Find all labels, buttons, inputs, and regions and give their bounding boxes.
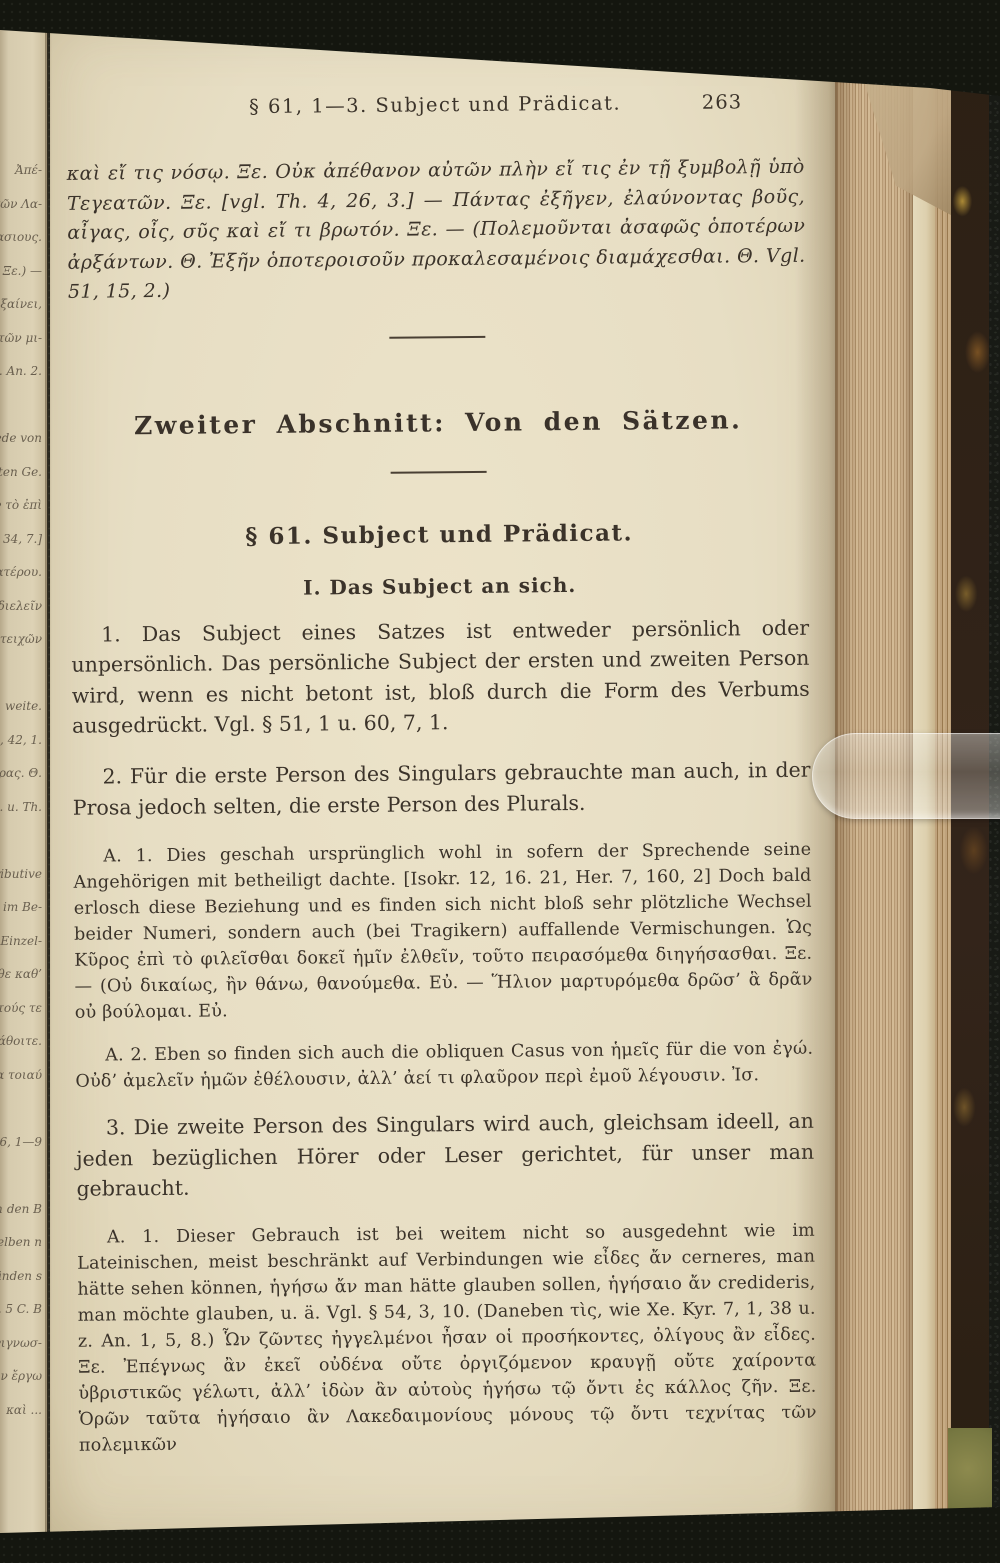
section-divider-rule (389, 335, 485, 338)
page-number: 263 (702, 90, 742, 113)
previous-page-edge: Ἀπέ- τῶν Λα- ασιους. r. Ξε.) — ξαίνει, τ… (0, 26, 47, 1538)
paragraph-3: 3. Die zweite Person des Singulars wird … (76, 1106, 815, 1205)
heading-divider-rule (391, 470, 487, 473)
paragraph-2: 2. Für die erste Person des Singulars ge… (72, 755, 811, 823)
transparent-page-holder (812, 733, 1000, 819)
note-a2: A. 2. Eben so finden sich auch die obliq… (75, 1036, 813, 1095)
subsection-heading: I. Das Subject an sich. (71, 570, 809, 601)
section-heading: Zweiter Abschnitt: Von den Sätzen. (69, 404, 807, 440)
paragraph-1: 1. Das Subject eines Satzes ist entweder… (71, 612, 810, 741)
previous-page-text-fragments: Ἀπέ- τῶν Λα- ασιους. r. Ξε.) — ξαίνει, τ… (0, 154, 42, 1427)
running-header: § 61, 1—3. Subject und Prädicat. 263 (66, 90, 804, 120)
page-text-column: § 61, 1—3. Subject und Prädicat. 263 καὶ… (66, 90, 817, 1477)
note-a1-second: A. 1. Dieser Gebrauch ist bei weitem nic… (77, 1218, 817, 1459)
chapter-heading: § 61. Subject und Prädicat. (70, 517, 808, 551)
book-page: § 61, 1—3. Subject und Prädicat. 263 καὶ… (50, 28, 835, 1534)
gutter-fold-shadow (45, 26, 52, 1538)
greek-continuation-paragraph: καὶ εἴ τις νόσῳ. Ξε. Οὐκ ἀπέθανον αὐτῶν … (67, 153, 806, 308)
note-a1: A. 1. Dies geschah ursprünglich wohl in … (73, 836, 813, 1025)
running-header-title: § 61, 1—3. Subject und Prädicat. (249, 92, 621, 119)
